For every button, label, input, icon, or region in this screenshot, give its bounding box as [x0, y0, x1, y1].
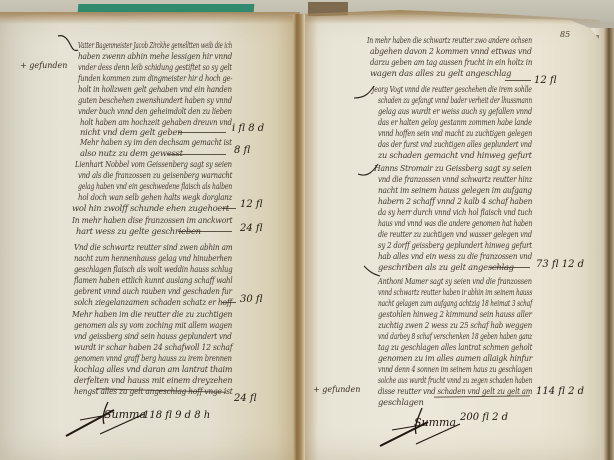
left-entry6-line4: wurdt ir schar haben 24 schafwoll 12 sch…	[74, 342, 232, 352]
right-entry1-line3: darzu geben am tag aussen frucht in ein …	[370, 57, 532, 67]
left-entry1-line9: nicht vnd dem gelt geben	[80, 127, 182, 137]
page-number: 85	[560, 30, 570, 39]
left-entry1-line2: haben zwenn abhin mehe lessigen hir vnnd	[78, 51, 232, 61]
left-entry1-line6: guten beschehen zwenshundert haben sy vn…	[78, 95, 232, 105]
left-entry5-line1: Vnd die schwartz reutter sind zwen abhin…	[74, 242, 232, 252]
left-entry1-line7: vnder buch vnnd den geheimdolt den zu li…	[78, 106, 232, 116]
right-margin-note: + gefunden	[313, 385, 360, 394]
left-entry3-line3: gelag haben vnd ein geschwedene flaisch …	[78, 181, 232, 191]
initial-flourish-icon	[56, 34, 80, 54]
left-entry1-line4: funden kommen zum dingmeister hir d hoch…	[78, 73, 232, 83]
left-entry3-amount: 12 fl	[240, 199, 263, 210]
left-entry6-line6: kochlag alles vnd daran am lantrat thaim	[74, 364, 232, 374]
right-entry1-line1: In mehr haben die schwartz reutter zwo a…	[367, 35, 532, 45]
left-entry5-line3: geschlagen flaisch als wolt weddin hauss…	[74, 264, 232, 274]
right-entry3-line7: die reutter zu zuchtigen vnd wasser gele…	[378, 229, 532, 239]
right-entry4-line6: vnd darbey 8 schaf verschenken 18 geben …	[378, 331, 532, 341]
right-summa-value: 200 fl 2 d	[460, 412, 508, 423]
left-entry5-amount: 30 fl	[240, 294, 263, 305]
right-entry4-line1: Anthoni Mamer sagt sy seien vnd die fran…	[378, 276, 532, 286]
left-entry1-line8: holt haben am hochzeit gehaben dreuvn vn…	[80, 117, 232, 127]
right-entry2-line4: das er halten geloy gestanm zommen habe …	[378, 117, 532, 127]
left-entry2-line1: Mehr haben sy im den dechsam gemacht ist	[80, 137, 232, 147]
right-entry3-line4: habern 2 schaff vnnd 2 kalb 4 schaf habe…	[378, 196, 532, 206]
left-entry3-line5: wol hin zwolff schunde ehen zugehoert	[72, 203, 229, 213]
right-entry3-line3: nacht im seinem hauss gelegen im aufgang	[378, 185, 532, 195]
entry-rule	[222, 302, 236, 303]
left-entry4-line1: In mehr haben dise franzossen im anckwor…	[72, 215, 232, 225]
left-entry6-amount: 24 fl	[234, 393, 257, 404]
left-entry5-line6: solch ziegelanzamen schaden schatz er ho…	[74, 297, 232, 307]
right-entry4-line5: zuchtig zwen 2 wess zu 25 schaf hab wegg…	[378, 320, 532, 330]
entry-rule	[168, 154, 226, 155]
left-summa-label: Summa	[104, 408, 146, 421]
right-entry2-line7: zu schaden gemacht vnd hinweg gefurt	[378, 150, 532, 160]
left-entry4-amount: 24 fl	[240, 223, 263, 234]
right-entry4-line7: tag zu geschlagen alles lantrat schmen g…	[378, 342, 532, 352]
left-entry1-amount: i fl 8 d	[232, 123, 264, 134]
right-entry1-line2: abgehen davon 2 kommen vnnd ettwas vnd	[370, 46, 532, 56]
right-entry3-line1: Hanns Stromair zu Geissberg sagt sy seie…	[374, 163, 532, 173]
left-entry2-line2: also nutz zu dem gewesst	[80, 148, 183, 158]
right-summa-label: Summa	[414, 416, 456, 429]
left-entry6-line3: vnd geissberg sind sein hauss geplundert…	[74, 331, 232, 341]
left-margin-note: + gefunden	[20, 61, 67, 70]
left-entry5-line2: nacht zum hennenhauss gelag vnd hinuberh…	[74, 253, 232, 263]
left-entry6-line2: genomen als sy vom zoching mit allem wag…	[74, 320, 232, 330]
right-entry4-line2: vnnd schwartz reutter haben ir abhin im …	[378, 287, 532, 297]
right-entry4-line8: genomen zu im alles aumen allaigk hinfur	[378, 353, 532, 363]
left-entry5-line4: flamen haben ettlich kunnt auslang schaf…	[74, 275, 232, 285]
left-entry6-line5: genomen vnnd graff berg hauss zu irem br…	[74, 353, 232, 363]
entry-rule	[490, 267, 530, 268]
left-entry3-line2: vnd als die franzossen zu geisenberg war…	[78, 170, 232, 180]
right-entry3-line9: hab alles vnd ein wess zu die franzossen…	[378, 251, 532, 261]
right-entry4-amount: 114 fl 2 d	[536, 386, 584, 397]
right-entry4-line11: disse reutter vnd schaden vnd gelt zu ge…	[378, 386, 532, 396]
right-entry3-line8: sy 2 dorff geissberg geplundert hinweg g…	[378, 240, 532, 250]
book-gutter	[293, 14, 305, 460]
left-entry1-line3: vnder dess denn leib schidung gestiftet …	[78, 62, 232, 72]
left-entry2-amount: 8 fl	[234, 145, 250, 156]
right-entry1-amount: 12 fl	[534, 75, 557, 86]
right-entry4-line10: solche aus wurdt frucht vnnd zu zegen sc…	[378, 375, 532, 385]
right-entry3-amount: 73 fl 12 d	[536, 259, 584, 270]
left-entry5-line5: gebrent vnnd auch rauben vnd geschaden f…	[74, 286, 232, 296]
entry-rule	[178, 231, 232, 232]
right-entry4-line3: nacht gelagen zum aufgang achtzig 18 hei…	[378, 298, 532, 308]
right-entry2-line3: gelag aus wurdt er weiss auch sy gefalle…	[378, 106, 532, 116]
left-entry6-line1: Mehr haben im die reutter die zu zuchtig…	[72, 309, 232, 319]
right-entry3-line5: da sy herr durch vnnd vich hol flaisch v…	[378, 207, 532, 217]
entry-rule	[505, 80, 531, 81]
left-entry3-line4: hol doch wan selb gehen halts wegk dorgl…	[78, 192, 232, 202]
left-entry3-line1: Lienhart Nobbel vom Geissenberg sagt sy …	[75, 159, 232, 169]
left-entry1-line5: holt in hollzwen gelt gehaben vnd ein ha…	[78, 84, 232, 94]
entry-rule	[222, 208, 236, 209]
right-entry2-line5: vnnd hoffen sein vnd macht zu zuchtigen …	[378, 128, 532, 138]
right-entry1-line4: wagen das alles zu gelt angeschlag	[370, 68, 511, 78]
left-summa-value: 118 fl 9 d 8 h	[143, 410, 210, 421]
right-entry2-line6: das der furst vnd zuchtigen alles geplun…	[378, 139, 532, 149]
entry-rule	[178, 132, 226, 133]
right-entry4-line4: gestohlen hinweg 2 kimmund sein hauss al…	[378, 309, 532, 319]
left-entry1-line1: Vatter Bagenmeister Jacob Zirckhe gemell…	[78, 40, 232, 50]
right-entry3-line2: vnd die franzossen vnnd schwartz reutter…	[378, 174, 532, 184]
left-page-stain	[0, 12, 300, 24]
right-entry4-line9: vnnd denn 4 sonnen im seinem haus zu ges…	[378, 364, 532, 374]
right-entry3-line6: haus vnd vnnd was die andere genomen hat…	[378, 218, 532, 228]
left-entry6-line7: derfelten vnd hauss mit einem dreyzehen	[74, 375, 232, 385]
right-entry2-line1: Jeorg Vogt vnnd die reutter geschehen di…	[372, 84, 532, 94]
right-entry2-line2: schaden zu gefangt vnnd bader verheit de…	[378, 95, 532, 105]
